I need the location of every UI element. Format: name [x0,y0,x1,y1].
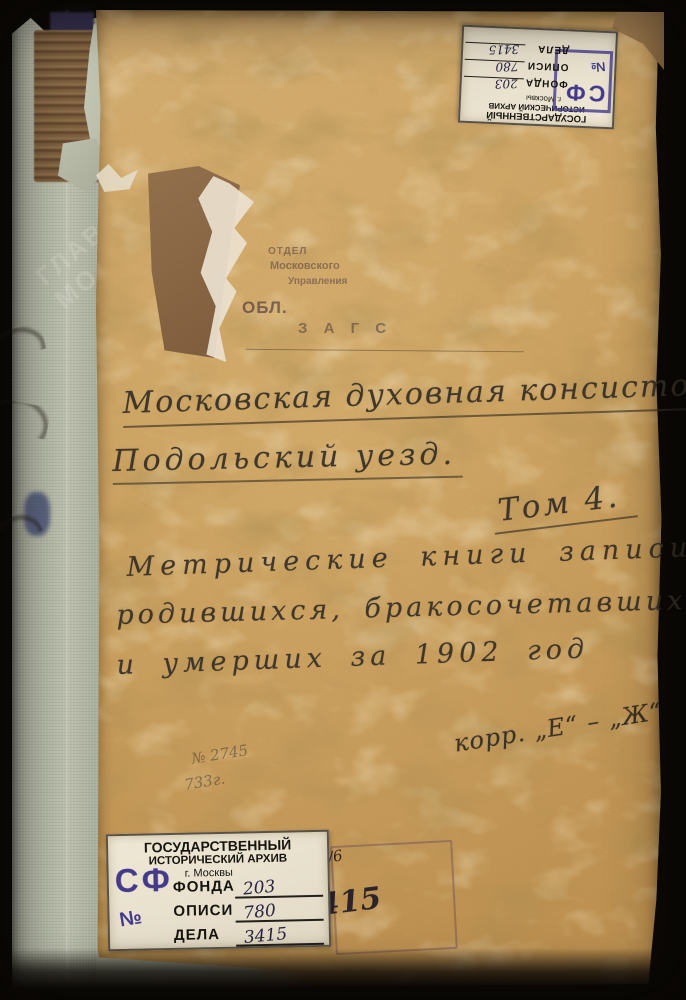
faded-stamp-line: Управления [288,276,347,287]
archive-label-rows: ФОНДА 203 ОПИСИ 780 ДЕЛА 3415 [461,39,569,95]
fund-code-stamp: СФ [114,861,173,900]
fond-label: ФОНДА [173,878,235,896]
delo-value: 3415 [243,924,288,948]
fond-row: ФОНДА 203 [173,876,325,903]
delo-row: ДЕЛА 3415 [174,924,326,951]
archive-label-top: ГОСУДАРСТВЕННЫЙ ИСТОРИЧЕСКИЙ АРХИВ г. Мо… [458,25,618,130]
fond-label: ФОНДА [525,76,568,89]
fond-value: 203 [242,877,276,900]
opis-row: ОПИСИ 780 [173,900,325,927]
fond-value: 203 [495,76,518,91]
number-sign: № [118,906,144,932]
faded-stamp-line: ОБЛ. [242,298,288,318]
archive-label-bottom: ГОСУДАРСТВЕННЫЙ ИСТОРИЧЕСКИЙ АРХИВ г. Мо… [106,830,331,952]
opis-value: 780 [495,59,518,74]
delo-label: ДЕЛА [537,43,569,55]
fund-code-stamp: СФ [563,78,606,107]
opis-label: ОПИСИ [173,902,233,920]
delo-label: ДЕЛА [174,926,220,944]
faded-stamp-line: З А Г С [298,320,392,337]
archive-label-rows: ФОНДА 203 ОПИСИ 780 ДЕЛА 3415 [173,876,326,951]
opis-value: 780 [243,901,277,924]
archival-book-cover-photo: ГЛАВ МО [0,0,686,1000]
opis-label: ОПИСИ [527,60,569,73]
faded-stamp-line: Московского [270,260,340,272]
number-sign: № [590,59,606,75]
faded-stamp-line: ОТДЕЛ [268,246,307,257]
delo-value: 3415 [488,42,519,57]
title-line-2: Подольский уезд. [112,437,462,485]
